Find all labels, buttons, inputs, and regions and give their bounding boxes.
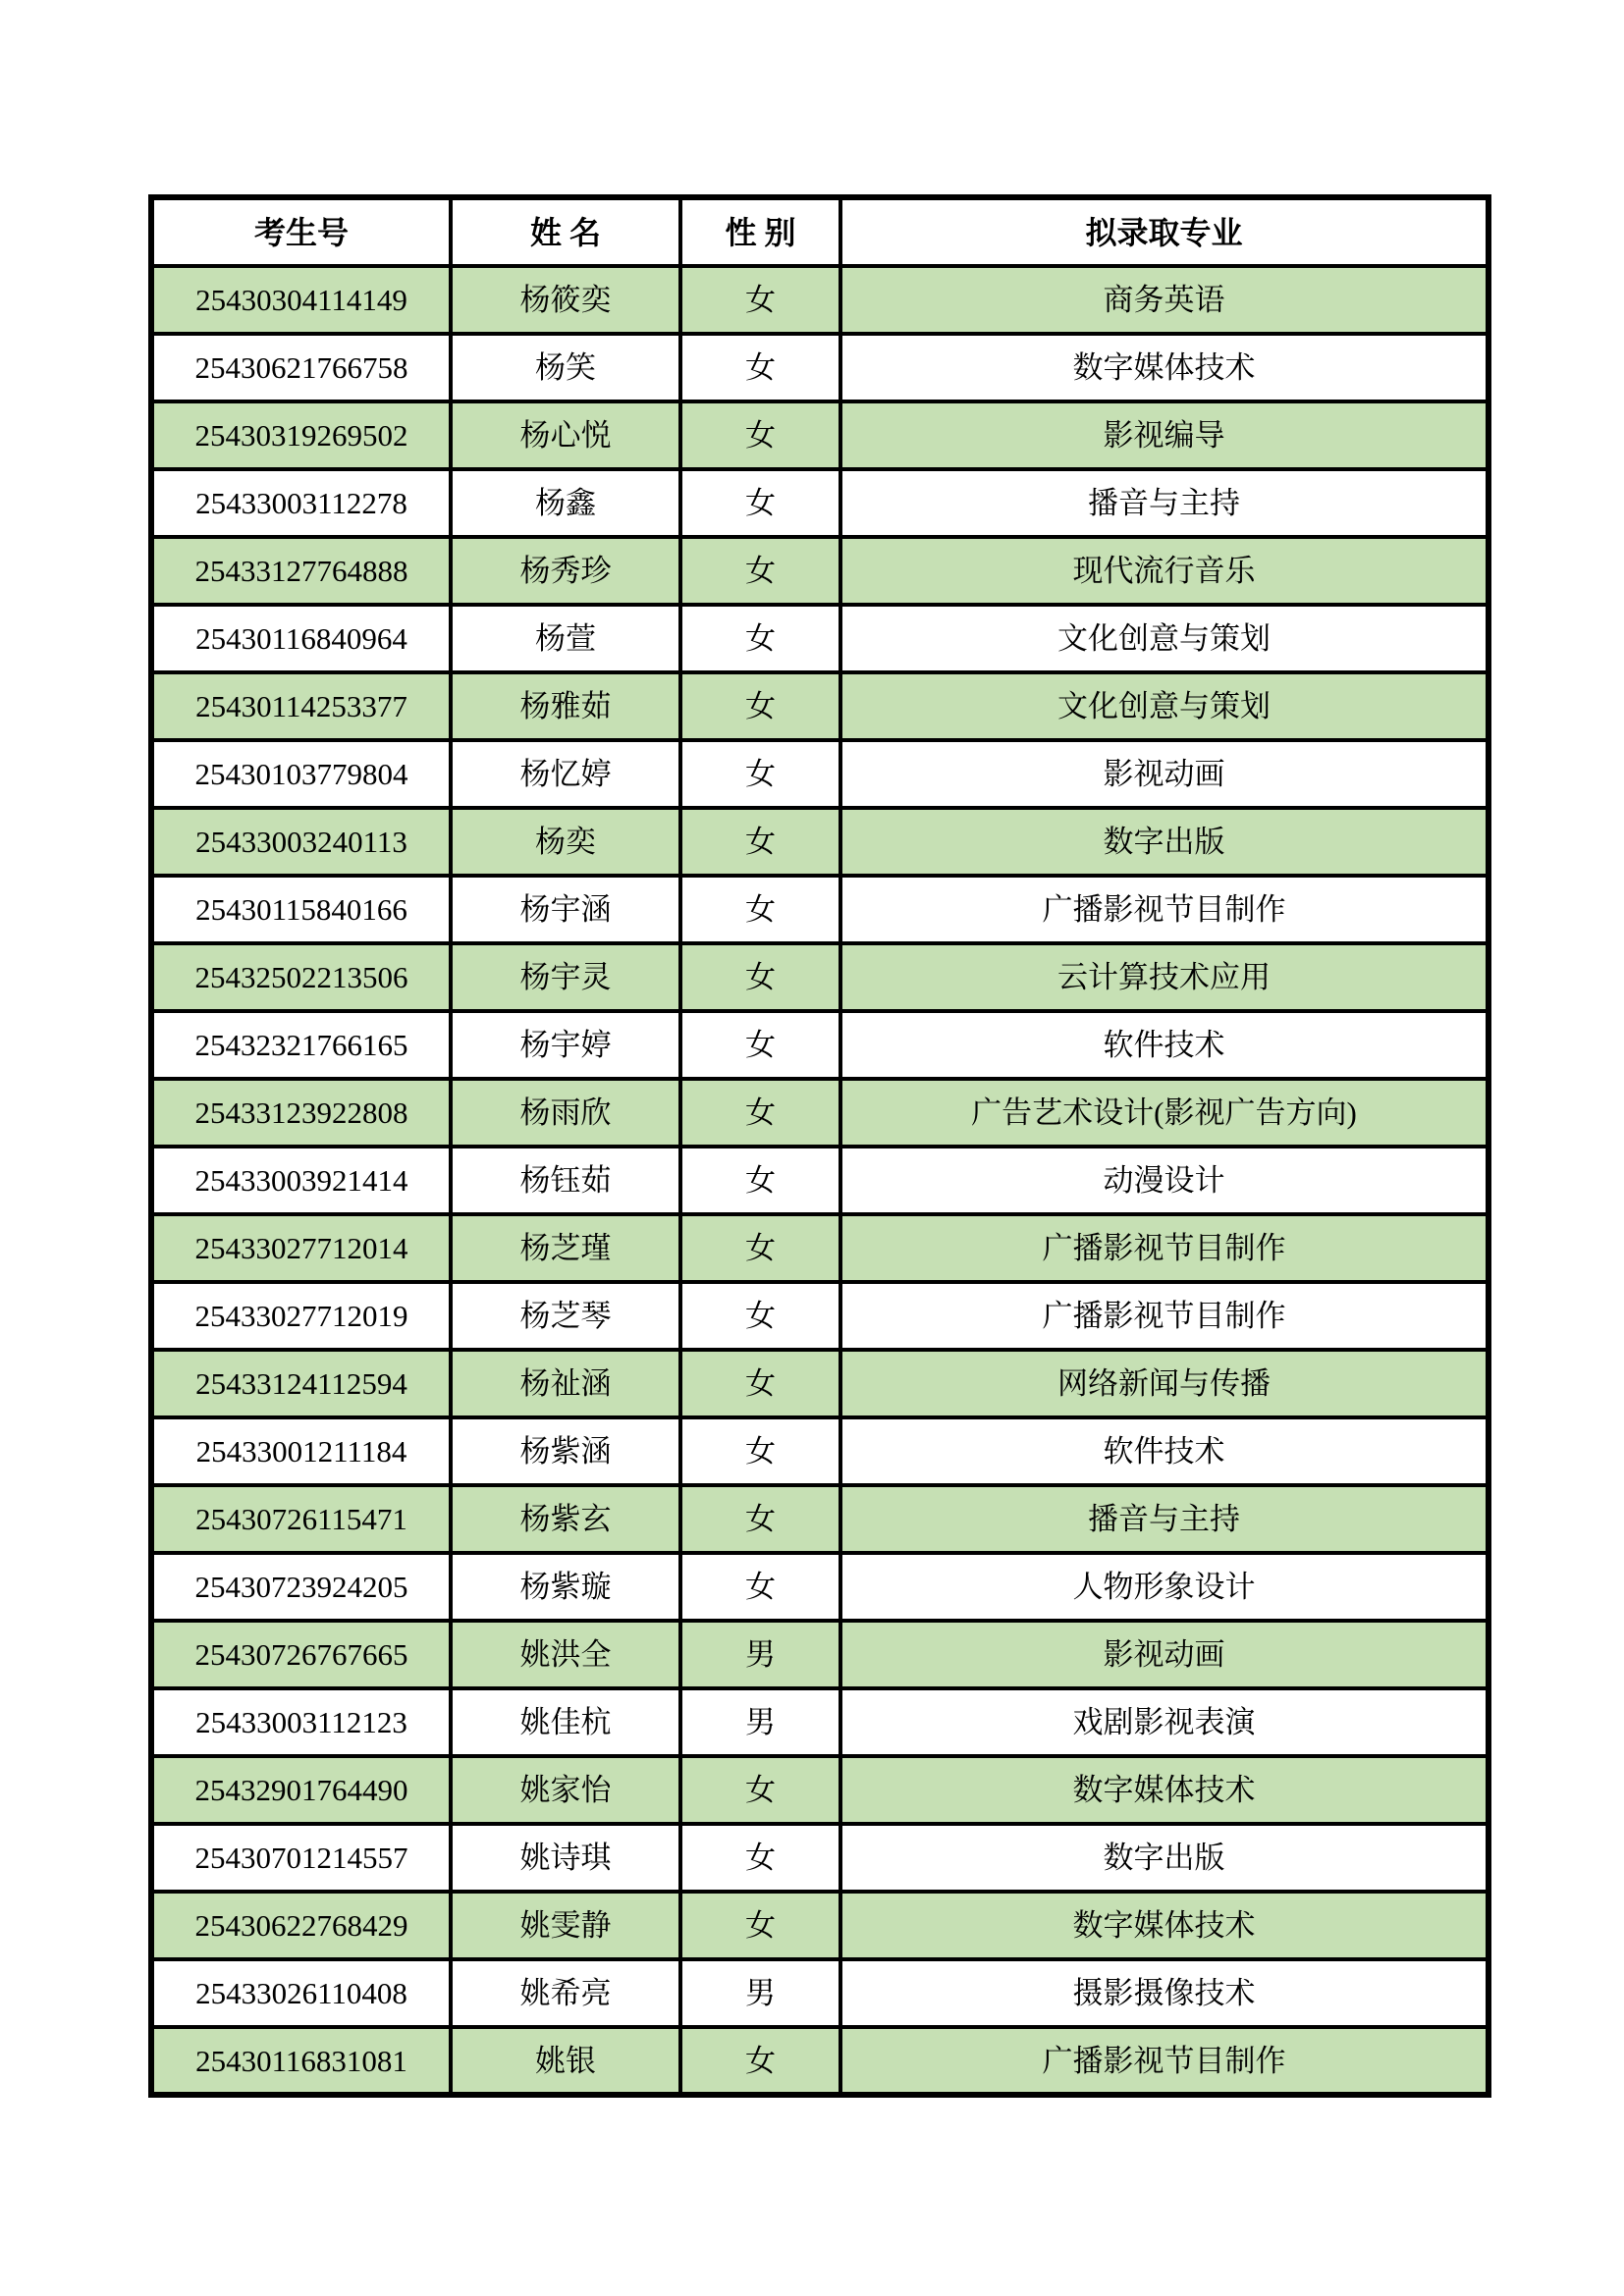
major-cell: 数字出版 <box>840 1824 1489 1892</box>
table-row: 25433001211184杨紫涵女软件技术 <box>151 1417 1489 1485</box>
gender-cell: 女 <box>680 1011 840 1079</box>
table-row: 25433027712019杨芝琴女广播影视节目制作 <box>151 1282 1489 1350</box>
name-cell: 杨雨欣 <box>451 1079 680 1147</box>
gender-cell: 女 <box>680 943 840 1011</box>
candidate-no-cell: 25430103779804 <box>151 740 451 808</box>
gender-cell: 女 <box>680 1485 840 1553</box>
gender-cell: 女 <box>680 740 840 808</box>
gender-cell: 女 <box>680 1892 840 1959</box>
major-cell: 人物形象设计 <box>840 1553 1489 1621</box>
table-row: 25430726115471杨紫玄女播音与主持 <box>151 1485 1489 1553</box>
major-cell: 影视动画 <box>840 1621 1489 1688</box>
candidate-no-cell: 25433027712019 <box>151 1282 451 1350</box>
major-cell: 戏剧影视表演 <box>840 1688 1489 1756</box>
document-page: 考生号 姓 名 性 别 拟录取专业 25430304114149杨筱奕女商务英语… <box>148 194 1491 2098</box>
gender-cell: 女 <box>680 401 840 469</box>
table-row: 25430621766758杨笑女数字媒体技术 <box>151 334 1489 401</box>
table-row: 25432502213506杨宇灵女云计算技术应用 <box>151 943 1489 1011</box>
gender-cell: 女 <box>680 1214 840 1282</box>
major-cell: 广告艺术设计(影视广告方向) <box>840 1079 1489 1147</box>
name-cell: 姚银 <box>451 2027 680 2095</box>
major-cell: 数字媒体技术 <box>840 1756 1489 1824</box>
candidate-no-cell: 25432321766165 <box>151 1011 451 1079</box>
candidate-no-cell: 25430621766758 <box>151 334 451 401</box>
candidate-no-cell: 25430115840166 <box>151 876 451 943</box>
name-cell: 杨奕 <box>451 808 680 876</box>
table-row: 25433003240113杨奕女数字出版 <box>151 808 1489 876</box>
name-cell: 杨宇涵 <box>451 876 680 943</box>
major-cell: 广播影视节目制作 <box>840 2027 1489 2095</box>
table-row: 25430116831081姚银女广播影视节目制作 <box>151 2027 1489 2095</box>
candidate-no-cell: 25430723924205 <box>151 1553 451 1621</box>
gender-cell: 女 <box>680 1553 840 1621</box>
candidate-no-cell: 25432901764490 <box>151 1756 451 1824</box>
gender-cell: 女 <box>680 1756 840 1824</box>
table-row: 25430723924205杨紫璇女人物形象设计 <box>151 1553 1489 1621</box>
table-row: 25430116840964杨萱女文化创意与策划 <box>151 605 1489 672</box>
name-cell: 姚希亮 <box>451 1959 680 2027</box>
table-row: 25433026110408姚希亮男摄影摄像技术 <box>151 1959 1489 2027</box>
name-cell: 杨紫涵 <box>451 1417 680 1485</box>
table-row: 25430726767665姚洪全男影视动画 <box>151 1621 1489 1688</box>
table-row: 25430701214557姚诗琪女数字出版 <box>151 1824 1489 1892</box>
major-cell: 商务英语 <box>840 266 1489 334</box>
name-cell: 杨紫玄 <box>451 1485 680 1553</box>
gender-cell: 女 <box>680 1079 840 1147</box>
name-cell: 姚佳杭 <box>451 1688 680 1756</box>
gender-cell: 女 <box>680 2027 840 2095</box>
table-row: 25430103779804杨忆婷女影视动画 <box>151 740 1489 808</box>
name-cell: 杨宇灵 <box>451 943 680 1011</box>
table-row: 25433003112123姚佳杭男戏剧影视表演 <box>151 1688 1489 1756</box>
major-cell: 软件技术 <box>840 1417 1489 1485</box>
gender-cell: 女 <box>680 605 840 672</box>
name-cell: 杨紫璇 <box>451 1553 680 1621</box>
table-row: 25430115840166杨宇涵女广播影视节目制作 <box>151 876 1489 943</box>
table-row: 25432321766165杨宇婷女软件技术 <box>151 1011 1489 1079</box>
name-cell: 杨钰茹 <box>451 1147 680 1214</box>
table-row: 25433127764888杨秀珍女现代流行音乐 <box>151 537 1489 605</box>
name-cell: 杨心悦 <box>451 401 680 469</box>
table-row: 25433027712014杨芝瑾女广播影视节目制作 <box>151 1214 1489 1282</box>
header-candidate-no: 考生号 <box>151 197 451 266</box>
candidate-no-cell: 25433003921414 <box>151 1147 451 1214</box>
candidate-no-cell: 25430726767665 <box>151 1621 451 1688</box>
gender-cell: 女 <box>680 1350 840 1417</box>
candidate-no-cell: 25433001211184 <box>151 1417 451 1485</box>
major-cell: 播音与主持 <box>840 469 1489 537</box>
table-header: 考生号 姓 名 性 别 拟录取专业 <box>151 197 1489 266</box>
table-row: 25433003921414杨钰茹女动漫设计 <box>151 1147 1489 1214</box>
name-cell: 姚洪全 <box>451 1621 680 1688</box>
gender-cell: 女 <box>680 1417 840 1485</box>
candidate-no-cell: 25433127764888 <box>151 537 451 605</box>
candidate-no-cell: 25430114253377 <box>151 672 451 740</box>
major-cell: 广播影视节目制作 <box>840 876 1489 943</box>
candidate-no-cell: 25433026110408 <box>151 1959 451 2027</box>
candidate-no-cell: 25433003112123 <box>151 1688 451 1756</box>
gender-cell: 女 <box>680 537 840 605</box>
major-cell: 网络新闻与传播 <box>840 1350 1489 1417</box>
major-cell: 文化创意与策划 <box>840 605 1489 672</box>
candidate-no-cell: 25432502213506 <box>151 943 451 1011</box>
gender-cell: 男 <box>680 1688 840 1756</box>
admission-table: 考生号 姓 名 性 别 拟录取专业 25430304114149杨筱奕女商务英语… <box>148 194 1491 2098</box>
candidate-no-cell: 25430726115471 <box>151 1485 451 1553</box>
major-cell: 数字媒体技术 <box>840 1892 1489 1959</box>
table-row: 25433124112594杨祉涵女网络新闻与传播 <box>151 1350 1489 1417</box>
major-cell: 摄影摄像技术 <box>840 1959 1489 2027</box>
major-cell: 数字媒体技术 <box>840 334 1489 401</box>
candidate-no-cell: 25433027712014 <box>151 1214 451 1282</box>
major-cell: 影视动画 <box>840 740 1489 808</box>
gender-cell: 女 <box>680 1282 840 1350</box>
major-cell: 播音与主持 <box>840 1485 1489 1553</box>
gender-cell: 女 <box>680 672 840 740</box>
gender-cell: 男 <box>680 1621 840 1688</box>
table-row: 25430114253377杨雅茹女文化创意与策划 <box>151 672 1489 740</box>
name-cell: 杨雅茹 <box>451 672 680 740</box>
candidate-no-cell: 25430304114149 <box>151 266 451 334</box>
name-cell: 杨祉涵 <box>451 1350 680 1417</box>
name-cell: 姚雯静 <box>451 1892 680 1959</box>
major-cell: 现代流行音乐 <box>840 537 1489 605</box>
table-row: 25433003112278杨鑫女播音与主持 <box>151 469 1489 537</box>
major-cell: 云计算技术应用 <box>840 943 1489 1011</box>
name-cell: 杨宇婷 <box>451 1011 680 1079</box>
gender-cell: 女 <box>680 266 840 334</box>
header-name: 姓 名 <box>451 197 680 266</box>
candidate-no-cell: 25430622768429 <box>151 1892 451 1959</box>
name-cell: 杨忆婷 <box>451 740 680 808</box>
major-cell: 广播影视节目制作 <box>840 1214 1489 1282</box>
table-row: 25430304114149杨筱奕女商务英语 <box>151 266 1489 334</box>
major-cell: 广播影视节目制作 <box>840 1282 1489 1350</box>
name-cell: 杨笑 <box>451 334 680 401</box>
gender-cell: 女 <box>680 334 840 401</box>
name-cell: 杨萱 <box>451 605 680 672</box>
gender-cell: 男 <box>680 1959 840 2027</box>
name-cell: 杨筱奕 <box>451 266 680 334</box>
header-row: 考生号 姓 名 性 别 拟录取专业 <box>151 197 1489 266</box>
major-cell: 影视编导 <box>840 401 1489 469</box>
candidate-no-cell: 25433003240113 <box>151 808 451 876</box>
table-row: 25432901764490姚家怡女数字媒体技术 <box>151 1756 1489 1824</box>
major-cell: 动漫设计 <box>840 1147 1489 1214</box>
candidate-no-cell: 25430116840964 <box>151 605 451 672</box>
gender-cell: 女 <box>680 469 840 537</box>
candidate-no-cell: 25430116831081 <box>151 2027 451 2095</box>
header-gender: 性 别 <box>680 197 840 266</box>
candidate-no-cell: 25430319269502 <box>151 401 451 469</box>
major-cell: 软件技术 <box>840 1011 1489 1079</box>
gender-cell: 女 <box>680 1147 840 1214</box>
gender-cell: 女 <box>680 876 840 943</box>
candidate-no-cell: 25433123922808 <box>151 1079 451 1147</box>
table-body: 25430304114149杨筱奕女商务英语25430621766758杨笑女数… <box>151 266 1489 2095</box>
name-cell: 杨芝琴 <box>451 1282 680 1350</box>
name-cell: 杨鑫 <box>451 469 680 537</box>
name-cell: 姚家怡 <box>451 1756 680 1824</box>
header-major: 拟录取专业 <box>840 197 1489 266</box>
major-cell: 数字出版 <box>840 808 1489 876</box>
candidate-no-cell: 25433003112278 <box>151 469 451 537</box>
major-cell: 文化创意与策划 <box>840 672 1489 740</box>
table-row: 25433123922808杨雨欣女广告艺术设计(影视广告方向) <box>151 1079 1489 1147</box>
candidate-no-cell: 25430701214557 <box>151 1824 451 1892</box>
name-cell: 姚诗琪 <box>451 1824 680 1892</box>
table-row: 25430319269502杨心悦女影视编导 <box>151 401 1489 469</box>
gender-cell: 女 <box>680 808 840 876</box>
candidate-no-cell: 25433124112594 <box>151 1350 451 1417</box>
name-cell: 杨秀珍 <box>451 537 680 605</box>
table-row: 25430622768429姚雯静女数字媒体技术 <box>151 1892 1489 1959</box>
gender-cell: 女 <box>680 1824 840 1892</box>
name-cell: 杨芝瑾 <box>451 1214 680 1282</box>
